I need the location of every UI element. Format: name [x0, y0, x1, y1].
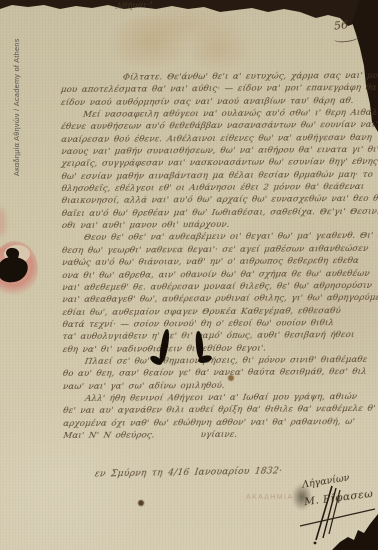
manuscript-text-block: Φίλτατε. Θε'άνθω' θε'ι α' ευτυχώς, χάρμα… [61, 70, 378, 443]
page-number-group: 56 [334, 16, 364, 42]
header-note: Αθήναι·! [116, 0, 153, 11]
signature-group: Λήγανίων Μ. Ρίφασεω [270, 476, 378, 550]
page-number-underline [334, 32, 361, 43]
closing-word: υγίαινε. [200, 430, 238, 440]
archive-credit-label: Ακαδημία Αθηνών / Academy of Athens [12, 24, 21, 176]
stain-speck [138, 500, 144, 506]
wax-seal-remnant [0, 241, 38, 297]
manuscript-scan: Ακαδημία Αθηνών / Academy of Athens Αθήν… [0, 0, 378, 550]
page-number: 56 [333, 18, 348, 32]
manuscript-line: Μαι' Ν' Ν οθεύρος.υγίαινε. [62, 428, 378, 443]
